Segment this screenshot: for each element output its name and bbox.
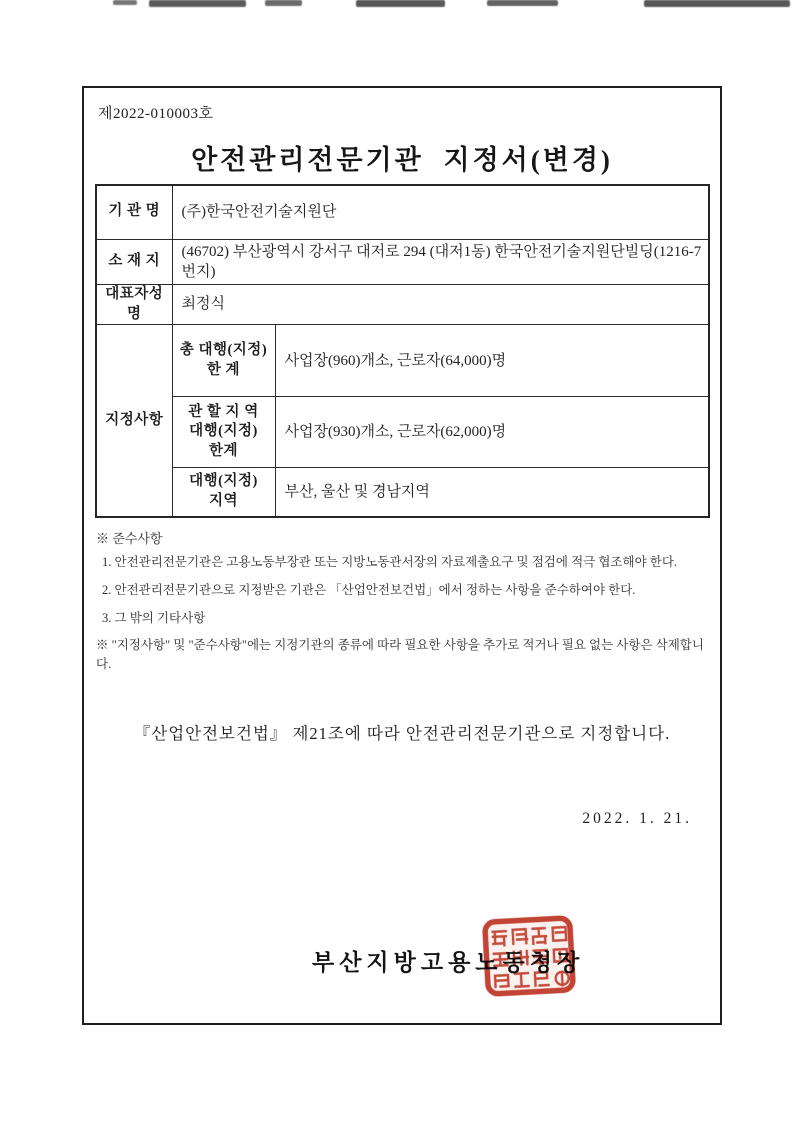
note-item: 3. 그 밖의 기타사항: [102, 608, 708, 626]
info-table: 기 관 명 (주)한국안전기술지원단 소 재 지 (46702) 부산광역시 강…: [95, 184, 710, 518]
note-item: 1. 안전관리전문기관은 고용노동부장관 또는 지방노동관서장의 자료제출요구 …: [102, 552, 708, 570]
certificate-title: 안전관리전문기관 지정서(변경): [84, 138, 720, 177]
designation-statement: 『산업안전보건법』 제21조에 따라 안전관리전문기관으로 지정합니다.: [84, 720, 720, 744]
scan-artifact: [644, 0, 790, 7]
compliance-notes: ※ 준수사항 1. 안전관리전문기관은 고용노동부장관 또는 지방노동관서장의 …: [96, 528, 708, 674]
scan-artifact: [149, 0, 246, 7]
table-row: 대행(지정) 지역 부산, 울산 및 경남지역: [96, 468, 709, 517]
issue-date: 2022. 1. 21.: [582, 810, 692, 828]
representative-value: 최정식: [172, 285, 709, 325]
notes-heading: ※ 준수사항: [96, 528, 708, 547]
scan-artifact: [113, 0, 137, 5]
org-name-label: 기 관 명: [96, 185, 172, 239]
note-item: 2. 안전관리전문기관으로 지정받은 기관은 「산업안전보건법」에서 정하는 사…: [102, 580, 708, 598]
official-seal-icon: [481, 914, 577, 999]
regional-limit-label: 관 할 지 역 대행(지정) 한계: [172, 397, 275, 468]
table-row: 대표자성명 최정식: [96, 285, 709, 325]
region-label: 대행(지정) 지역: [172, 468, 275, 517]
region-value: 부산, 울산 및 경남지역: [275, 468, 709, 517]
scan-artifact: [356, 0, 445, 7]
address-label: 소 재 지: [96, 239, 172, 285]
table-row: 기 관 명 (주)한국안전기술지원단: [96, 185, 709, 239]
table-row: 지정사항 총 대행(지정) 한 계 사업장(960)개소, 근로자(64,000…: [96, 325, 709, 397]
org-name-value: (주)한국안전기술지원단: [172, 185, 709, 239]
representative-label: 대표자성명: [96, 285, 172, 325]
table-row: 소 재 지 (46702) 부산광역시 강서구 대저로 294 (대저1동) 한…: [96, 239, 709, 285]
certificate-frame: 제2022-010003호 안전관리전문기관 지정서(변경) 기 관 명 (주)…: [82, 86, 722, 1025]
table-row: 관 할 지 역 대행(지정) 한계 사업장(930)개소, 근로자(62,000…: [96, 397, 709, 468]
total-limit-label: 총 대행(지정) 한 계: [172, 325, 275, 397]
designation-label: 지정사항: [96, 325, 172, 517]
doc-number: 제2022-010003호: [98, 102, 213, 123]
notes-footnote: ※ "지정사항" 및 "준수사항"에는 지정기관의 종류에 따라 필요한 사항을…: [96, 636, 708, 674]
address-value: (46702) 부산광역시 강서구 대저로 294 (대저1동) 한국안전기술지…: [172, 239, 709, 285]
scan-artifact: [265, 0, 302, 6]
total-limit-value: 사업장(960)개소, 근로자(64,000)명: [275, 325, 709, 397]
scan-artifact: [487, 0, 558, 6]
regional-limit-value: 사업장(930)개소, 근로자(62,000)명: [275, 397, 709, 468]
